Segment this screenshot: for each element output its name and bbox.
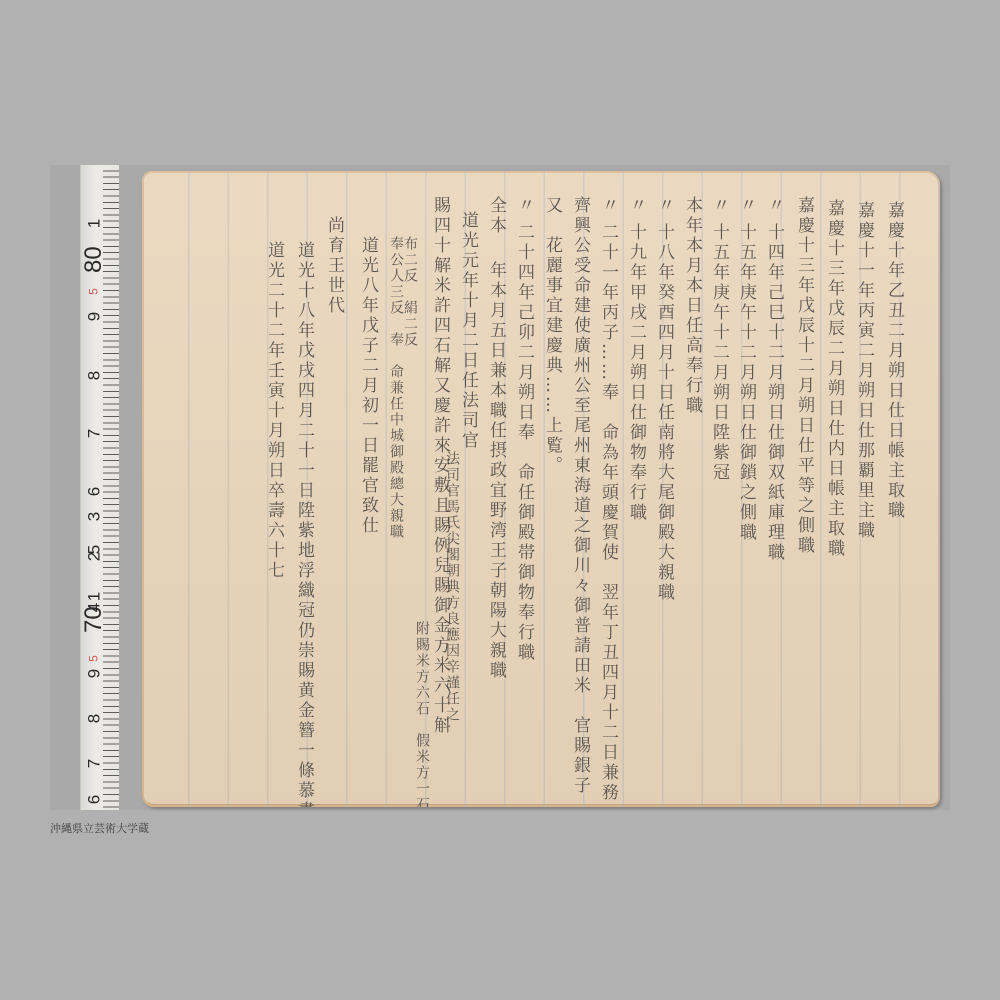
ruler-label: 3 [86, 506, 103, 528]
manuscript-column: 二十四年己卯二月朔日奉 命任御殿帯御物奉行職 [512, 223, 537, 663]
manuscript-column: 嘉慶十年乙丑二月朔日仕日帳主取職 [882, 201, 907, 521]
manuscript-column: 十八年癸酉四月十日任南將大尾御殿大親職 [652, 223, 677, 603]
manuscript-column: 道光元年十月二日任法司官 [456, 211, 481, 451]
ruler-label: 5 [86, 281, 103, 303]
manuscript-column: 道光十八年戊戌四月二十一日陞紫地浮織冠仍崇賜黄金簪一條慕書記于左（略） [292, 241, 317, 807]
manuscript-column: 〃 [512, 196, 537, 216]
manuscript-column: 奉公人三反 奉 命兼任中城御殿總大親職 [386, 236, 406, 540]
measuring-ruler: 18059876543217059876 [80, 165, 119, 810]
manuscript-column: 嘉慶十一年丙寅二月朔日仕那覇里主職 [852, 201, 877, 541]
manuscript-column: 又 花麗事宜建慶典……上覧。 [540, 196, 565, 476]
manuscript-column: 道光二十二年壬寅十月朔日卒壽六十七 [262, 241, 287, 581]
manuscript-column: 本年本月本日任高奉行職 [680, 196, 705, 416]
ruler-label: 9 [86, 663, 103, 685]
ruler-label: 8 [86, 365, 103, 387]
ruler-label: 8 [86, 708, 103, 730]
manuscript-column: 十九年甲戌二月朔日仕御物奉行職 [624, 223, 649, 523]
manuscript-column: 齊興公受命建使廣州公至尾州東海道之御川々御普請田米 官賜銀子 [568, 196, 593, 796]
manuscript-column: 〃 [596, 196, 621, 216]
ruler-label: 80 [82, 251, 106, 273]
manuscript-column: 十五年庚午十二月朔日仕御鎖之側職 [734, 223, 759, 543]
manuscript-column: 全本 [484, 196, 509, 236]
ruler-label: 7 [86, 423, 103, 445]
manuscript-column: 附賜米方六石 假米方一石 [412, 621, 432, 807]
manuscript-column: 〃 [734, 196, 759, 216]
manuscript-column: 道光八年戊子二月初一日罷官致仕 [356, 236, 381, 536]
manuscript-column: 嘉慶十三年戊辰二月朔日仕内日帳主取職 [822, 199, 847, 559]
manuscript-column: 二十一年丙子……奉 命為年頭慶賀使 翌年丁丑四月十二日兼務 大字 [596, 223, 621, 807]
manuscript-column: 〃 [762, 196, 787, 216]
ruler-label: 9 [86, 306, 103, 328]
manuscript-column: 〃 [707, 196, 732, 216]
ruler-label: 1 [86, 586, 103, 608]
collection-caption: 沖縄県立芸術大学蔵 [50, 820, 149, 836]
ruler-label: 1 [86, 213, 103, 235]
manuscript-page: 嘉慶十年乙丑二月朔日仕日帳主取職嘉慶十一年丙寅二月朔日仕那覇里主職嘉慶十三年戊辰… [142, 171, 940, 807]
ruler-label: 70 [82, 611, 106, 633]
ruler-label: 2 [86, 546, 103, 568]
document-photo: 18059876543217059876 嘉慶十年乙丑二月朔日仕日帳主取職嘉慶十… [50, 165, 950, 810]
manuscript-column: 嘉慶十三年戊辰十二月朔日仕平等之側職 [792, 196, 817, 556]
ruler-label: 6 [86, 789, 103, 811]
manuscript-column: 尚育王世代 [322, 216, 347, 316]
manuscript-column: 年本月五日兼本職任摂政宜野湾王子朝陽大親職 [484, 261, 509, 681]
manuscript-column: 〃 [624, 196, 649, 216]
manuscript-column: 十四年己巳十二月朔日仕御双紙庫理職 [762, 223, 787, 563]
manuscript-column: 〃 [652, 196, 677, 216]
ruler-label: 6 [86, 481, 103, 503]
manuscript-column: 十五年庚午十二月朔日陞紫冠 [707, 223, 732, 483]
ruler-label: 7 [86, 753, 103, 775]
